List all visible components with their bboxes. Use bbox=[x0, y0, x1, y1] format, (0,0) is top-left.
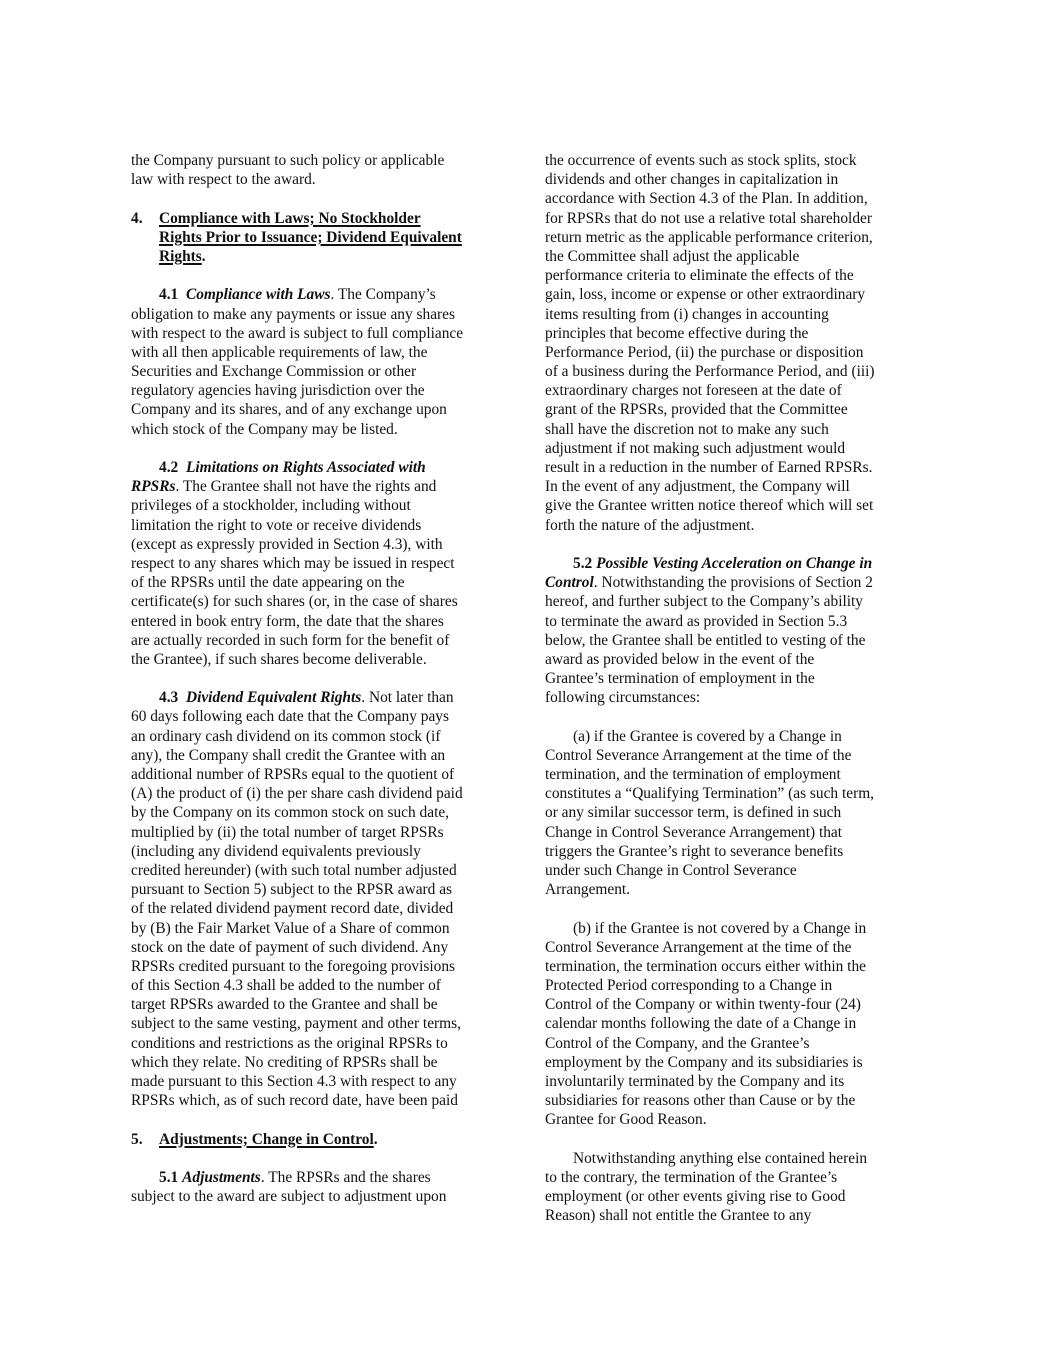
section-number: 5. bbox=[131, 1130, 159, 1149]
section-5-1-paragraph: 5.1 Adjustments. The RPSRs and the share… bbox=[131, 1168, 501, 1206]
text-line: Protected Period corresponding to a Chan… bbox=[545, 976, 915, 995]
text-line: made pursuant to this Section 4.3 with r… bbox=[131, 1072, 501, 1091]
section-4-heading: 4.Compliance with Laws; No Stockholder R… bbox=[131, 209, 501, 267]
text-line: RPSRs credited pursuant to the foregoing… bbox=[131, 957, 501, 976]
text-line: entered in book entry form, the date tha… bbox=[131, 612, 501, 631]
text-line: calendar months following the date of a … bbox=[545, 1014, 915, 1033]
text-line: employment (or other events giving rise … bbox=[545, 1187, 915, 1206]
text-line: termination, the termination occurs eith… bbox=[545, 957, 915, 976]
text-line: extraordinary charges not foreseen at th… bbox=[545, 381, 915, 400]
text-line: give the Grantee written notice thereof … bbox=[545, 496, 915, 515]
text-line: certificate(s) for such shares (or, in t… bbox=[131, 592, 501, 611]
text-line: grant of the RPSRs, provided that the Co… bbox=[545, 400, 915, 419]
text-line: (a) if the Grantee is covered by a Chang… bbox=[545, 727, 915, 746]
text-line: the Company pursuant to such policy or a… bbox=[131, 151, 501, 170]
text-line: Notwithstanding anything else contained … bbox=[545, 1149, 915, 1168]
subsection-title: Adjustments bbox=[182, 1169, 261, 1186]
text-line: subject to the award are subject to adju… bbox=[131, 1187, 501, 1206]
text-line: (including any dividend equivalents prev… bbox=[131, 842, 501, 861]
text-line: by the Company on its common stock on su… bbox=[131, 803, 501, 822]
text-line: to the contrary, the termination of the … bbox=[545, 1168, 915, 1187]
section-title: Rights bbox=[159, 248, 202, 265]
text-line: under such Change in Control Severance bbox=[545, 861, 915, 880]
section-title: Rights Prior to Issuance; Dividend Equiv… bbox=[159, 229, 462, 246]
right-column: the occurrence of events such as stock s… bbox=[545, 151, 915, 1226]
text-line: shall have the discretion not to make an… bbox=[545, 420, 915, 439]
subsection-title: RPSRs bbox=[131, 478, 175, 495]
text-line: award as provided below in the event of … bbox=[545, 650, 915, 669]
text-line: RPSRs which, as of such record date, hav… bbox=[131, 1091, 501, 1110]
text-line: performance criteria to eliminate the ef… bbox=[545, 266, 915, 285]
text-line: hereof, and further subject to the Compa… bbox=[545, 592, 915, 611]
text-line: Securities and Exchange Commission or ot… bbox=[131, 362, 501, 381]
text-line: return metric as the applicable performa… bbox=[545, 228, 915, 247]
text-line: Reason) shall not entitle the Grantee to… bbox=[545, 1206, 915, 1225]
section-number: 4. bbox=[131, 209, 159, 228]
text-line: Arrangement. bbox=[545, 880, 915, 899]
text-line: Grantee for Good Reason. bbox=[545, 1110, 915, 1129]
text-line: obligation to make any payments or issue… bbox=[131, 305, 501, 324]
text-line: any), the Company shall credit the Grant… bbox=[131, 746, 501, 765]
text-line: or any similar successor term, is define… bbox=[545, 803, 915, 822]
text-line: constitutes a “Qualifying Termination” (… bbox=[545, 784, 915, 803]
subsection-number: 4.2 bbox=[159, 459, 178, 476]
document-page: the Company pursuant to such policy or a… bbox=[0, 0, 1055, 1365]
text-line: regulatory agencies having jurisdiction … bbox=[131, 381, 501, 400]
subsection-title: Compliance with Laws bbox=[186, 286, 331, 303]
text-line: Company and its shares, and of any excha… bbox=[131, 400, 501, 419]
text-line: of a business during the Performance Per… bbox=[545, 362, 915, 381]
section-4-1-paragraph: 4.1 Compliance with Laws. The Company’s … bbox=[131, 285, 501, 439]
subsection-number: 5.1 bbox=[159, 1169, 178, 1186]
text-line: gain, loss, income or expense or other e… bbox=[545, 285, 915, 304]
text-line: are actually recorded in such form for t… bbox=[131, 631, 501, 650]
text-line: credited hereunder) (with such total num… bbox=[131, 861, 501, 880]
text-line: principles that become effective during … bbox=[545, 324, 915, 343]
text-line: of the related dividend payment record d… bbox=[131, 899, 501, 918]
text-line: limitation the right to vote or receive … bbox=[131, 516, 501, 535]
text-line: the occurrence of events such as stock s… bbox=[545, 151, 915, 170]
text-line: subsidiaries for reasons other than Caus… bbox=[545, 1091, 915, 1110]
section-4-3-paragraph: 4.3 Dividend Equivalent Rights. Not late… bbox=[131, 688, 501, 1110]
text-line: for RPSRs that do not use a relative tot… bbox=[545, 209, 915, 228]
clause-b-paragraph: (b) if the Grantee is not covered by a C… bbox=[545, 919, 915, 1130]
text-line: (b) if the Grantee is not covered by a C… bbox=[545, 919, 915, 938]
clause-a-paragraph: (a) if the Grantee is covered by a Chang… bbox=[545, 727, 915, 900]
text-line: of this Section 4.3 shall be added to th… bbox=[131, 976, 501, 995]
section-5-2-paragraph: 5.2 Possible Vesting Acceleration on Cha… bbox=[545, 554, 915, 708]
text-line: involuntarily terminated by the Company … bbox=[545, 1072, 915, 1091]
section-4-2-paragraph: 4.2 Limitations on Rights Associated wit… bbox=[131, 458, 501, 669]
text-line: pursuant to Section 5) subject to the RP… bbox=[131, 880, 501, 899]
subsection-number: 4.1 bbox=[159, 286, 178, 303]
subsection-number: 4.3 bbox=[159, 689, 178, 706]
subsection-title: Control bbox=[545, 574, 594, 591]
text-line: items resulting from (i) changes in acco… bbox=[545, 305, 915, 324]
text-line: Grantee’s termination of employment in t… bbox=[545, 669, 915, 688]
final-paragraph: Notwithstanding anything else contained … bbox=[545, 1149, 915, 1226]
text-line: subject to the same vesting, payment and… bbox=[131, 1014, 501, 1033]
text-line: with all then applicable requirements of… bbox=[131, 343, 501, 362]
text-line: forth the nature of the adjustment. bbox=[545, 516, 915, 535]
text-line: the Grantee), if such shares become deli… bbox=[131, 650, 501, 669]
left-column: the Company pursuant to such policy or a… bbox=[131, 151, 501, 1206]
text-line: following circumstances: bbox=[545, 688, 915, 707]
text-line: by (B) the Fair Market Value of a Share … bbox=[131, 919, 501, 938]
text-line: Control of the Company, and the Grantee’… bbox=[545, 1034, 915, 1053]
text-line: which they relate. No crediting of RPSRs… bbox=[131, 1053, 501, 1072]
text-line: of the RPSRs until the date appearing on… bbox=[131, 573, 501, 592]
text-line: adjustment if not making such adjustment… bbox=[545, 439, 915, 458]
text-line: termination, and the termination of empl… bbox=[545, 765, 915, 784]
subsection-title: Possible Vesting Acceleration on Change … bbox=[596, 555, 872, 572]
text-line: (A) the product of (i) the per share cas… bbox=[131, 784, 501, 803]
text-line: privileges of a stockholder, including w… bbox=[131, 496, 501, 515]
text-line: Control Severance Arrangement at the tim… bbox=[545, 938, 915, 957]
text-line: Performance Period, (ii) the purchase or… bbox=[545, 343, 915, 362]
text-line: stock on the date of payment of such div… bbox=[131, 938, 501, 957]
text-line: law with respect to the award. bbox=[131, 170, 501, 189]
text-line: conditions and restrictions as the origi… bbox=[131, 1034, 501, 1053]
text-line: additional number of RPSRs equal to the … bbox=[131, 765, 501, 784]
text-line: dividends and other changes in capitaliz… bbox=[545, 170, 915, 189]
subsection-number: 5.2 bbox=[573, 555, 592, 572]
text-line: to terminate the award as provided in Se… bbox=[545, 612, 915, 631]
subsection-title: Dividend Equivalent Rights bbox=[186, 689, 361, 706]
text-line: an ordinary cash dividend on its common … bbox=[131, 727, 501, 746]
carryover-paragraph: the Company pursuant to such policy or a… bbox=[131, 151, 501, 189]
text-line: (except as expressly provided in Section… bbox=[131, 535, 501, 554]
subsection-title: Limitations on Rights Associated with bbox=[186, 459, 426, 476]
text-line: Control Severance Arrangement at the tim… bbox=[545, 746, 915, 765]
section-5-heading: 5.Adjustments; Change in Control. bbox=[131, 1130, 501, 1149]
text-line: triggers the Grantee’s right to severanc… bbox=[545, 842, 915, 861]
text-line: multiplied by (ii) the total number of t… bbox=[131, 823, 501, 842]
text-line: accordance with Section 4.3 of the Plan.… bbox=[545, 189, 915, 208]
section-5-1-continued: the occurrence of events such as stock s… bbox=[545, 151, 915, 535]
text-line: below, the Grantee shall be entitled to … bbox=[545, 631, 915, 650]
text-line: Control of the Company or within twenty-… bbox=[545, 995, 915, 1014]
text-line: which stock of the Company may be listed… bbox=[131, 420, 501, 439]
text-line: Change in Control Severance Arrangement)… bbox=[545, 823, 915, 842]
text-line: target RPSRs awarded to the Grantee and … bbox=[131, 995, 501, 1014]
text-line: respect to any shares which may be issue… bbox=[131, 554, 501, 573]
text-line: with respect to the award is subject to … bbox=[131, 324, 501, 343]
text-line: 60 days following each date that the Com… bbox=[131, 707, 501, 726]
section-title: Adjustments; Change in Control bbox=[159, 1131, 374, 1148]
text-line: result in a reduction in the number of E… bbox=[545, 458, 915, 477]
text-line: the Committee shall adjust the applicabl… bbox=[545, 247, 915, 266]
section-title: Compliance with Laws; No Stockholder bbox=[159, 210, 421, 227]
text-line: employment by the Company and its subsid… bbox=[545, 1053, 915, 1072]
text-line: In the event of any adjustment, the Comp… bbox=[545, 477, 915, 496]
